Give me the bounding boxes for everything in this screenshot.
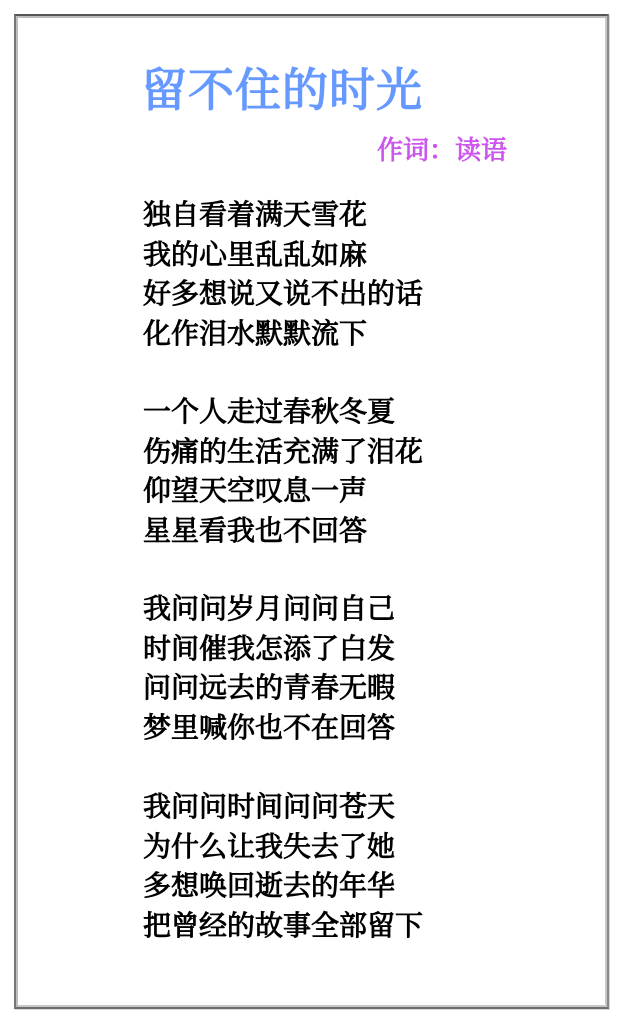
- poem-line: 伤痛的生活充满了泪花: [143, 432, 423, 472]
- poem-line: 问问远去的青春无暇: [143, 668, 395, 708]
- poem-title: 留不住的时光: [141, 60, 423, 120]
- poem-line: 我的心里乱乱如麻: [143, 235, 423, 275]
- poem-line: 把曾经的故事全部留下: [143, 906, 423, 946]
- stanza-1: 独自看着满天雪花 我的心里乱乱如麻 好多想说又说不出的话 化作泪水默默流下: [143, 195, 423, 353]
- poem-line: 一个人走过春秋冬夏: [143, 392, 423, 432]
- poem-line: 好多想说又说不出的话: [143, 274, 423, 314]
- poem-line: 时间催我怎添了白发: [143, 629, 395, 669]
- poem-line: 为什么让我失去了她: [143, 827, 423, 867]
- poem-line: 独自看着满天雪花: [143, 195, 423, 235]
- stanza-2: 一个人走过春秋冬夏 伤痛的生活充满了泪花 仰望天空叹息一声 星星看我也不回答: [143, 392, 423, 550]
- poem-line: 我问问岁月问问自己: [143, 589, 395, 629]
- poem-line: 梦里喊你也不在回答: [143, 708, 395, 748]
- stanza-3: 我问问岁月问问自己 时间催我怎添了白发 问问远去的青春无暇 梦里喊你也不在回答: [143, 589, 395, 747]
- poem-line: 多想唤回逝去的年华: [143, 866, 423, 906]
- poem-line: 仰望天空叹息一声: [143, 471, 423, 511]
- poem-line: 化作泪水默默流下: [143, 314, 423, 354]
- stanza-4: 我问问时间问问苍天 为什么让我失去了她 多想唤回逝去的年华 把曾经的故事全部留下: [143, 787, 423, 945]
- poem-line: 我问问时间问问苍天: [143, 787, 423, 827]
- poem-line: 星星看我也不回答: [143, 511, 423, 551]
- poem-author: 作词：读语: [377, 133, 507, 169]
